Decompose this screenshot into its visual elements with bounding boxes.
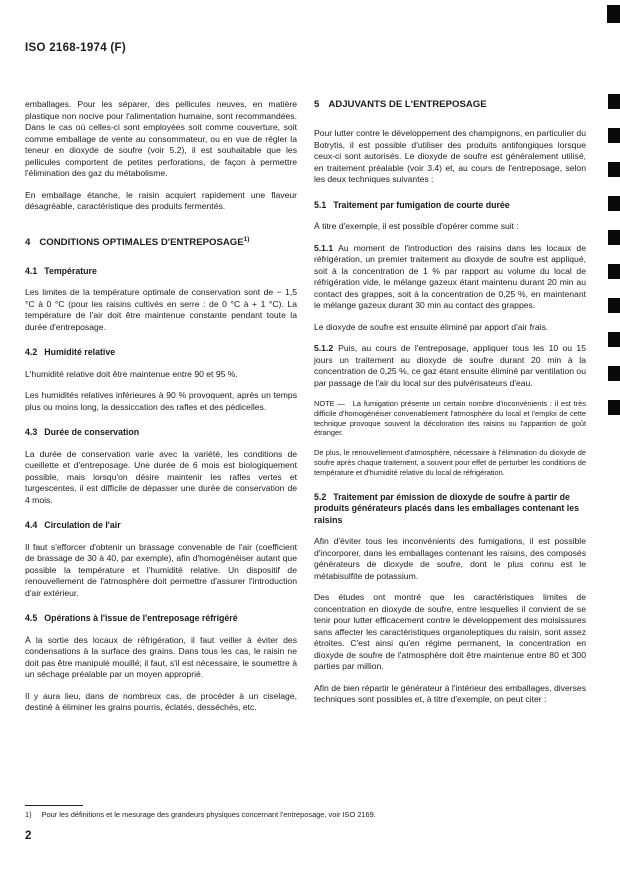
paragraph-after-cold-storage-2: Il y aura lieu, dans de nombreux cas, de… [25, 691, 297, 714]
page-number: 2 [25, 830, 31, 842]
note-label: NOTE — [314, 399, 345, 408]
paragraph-fumigation-intro: À titre d'exemple, il est possible d'opé… [314, 221, 586, 233]
footnote-marker: 1) [25, 810, 32, 819]
paragraph-generator-compounds: Afin d'éviter tous les inconvénients des… [314, 536, 586, 582]
paragraph-airtight-packaging: En emballage étanche, le raisin acquiert… [25, 190, 297, 213]
paragraph-so2-concentration-limits: Des études ont montré que les caractéris… [314, 592, 586, 673]
clause-5-1-2-number: 5.1.2 [314, 343, 333, 353]
right-column: 5ADJUVANTS DE L'ENTREPOSAGE Pour lutter … [314, 99, 586, 716]
paragraph-section5-intro: Pour lutter contre le développement des … [314, 128, 586, 186]
paragraph-humidity-1: L'humidité relative doit être maintenue … [25, 369, 297, 381]
section-4-footnote-ref: 1) [244, 235, 250, 242]
registration-mark [608, 196, 620, 211]
registration-mark [608, 162, 620, 177]
section-4-number: 4 [25, 237, 30, 248]
registration-mark [608, 400, 620, 415]
registration-marks [606, 0, 620, 876]
paragraph-packaging-continued: emballages. Pour les séparer, des pellic… [25, 99, 297, 180]
document-page: ISO 2168-1974 (F) emballages. Pour les s… [0, 0, 620, 876]
section-4-heading: 4CONDITIONS OPTIMALES D'ENTREPOSAGE1) [25, 237, 297, 249]
footnote: 1)Pour les définitions et le mesurage de… [25, 810, 590, 820]
registration-mark [608, 366, 620, 381]
section-4-title: CONDITIONS OPTIMALES D'ENTREPOSAGE [39, 237, 243, 248]
paragraph-so2-removed: Le dioxyde de soufre est ensuite éliminé… [314, 322, 586, 334]
paragraph-after-cold-storage-1: À la sortie des locaux de réfrigération,… [25, 635, 297, 681]
footnote-text: Pour les définitions et le mesurage des … [42, 810, 376, 819]
paragraph-humidity-2: Les humidités relatives inférieures à 90… [25, 390, 297, 413]
paragraph-air-circulation: Il faut s'efforcer d'obtenir un brassage… [25, 542, 297, 600]
section-5-heading: 5ADJUVANTS DE L'ENTREPOSAGE [314, 99, 586, 111]
registration-mark [608, 332, 620, 347]
paragraph-5-1-1: 5.1.1Au moment de l'introduction des rai… [314, 243, 586, 312]
document-reference-header: ISO 2168-1974 (F) [25, 42, 126, 54]
note-paragraph-2: De plus, le renouvellement d'atmosphère,… [314, 448, 586, 477]
registration-mark [608, 230, 620, 245]
note-paragraph-1: NOTE —La fumigation présente un certain … [314, 399, 586, 438]
section-4-1-heading: 4.1Température [25, 266, 297, 278]
clause-5-1-1-number: 5.1.1 [314, 243, 333, 253]
registration-mark [608, 94, 620, 109]
section-5-1-heading: 5.1Traitement par fumigation de courte d… [314, 200, 586, 212]
registration-mark [607, 5, 620, 23]
paragraph-storage-duration: La durée de conservation varie avec la v… [25, 449, 297, 507]
registration-mark [608, 264, 620, 279]
left-column: emballages. Pour les séparer, des pellic… [25, 99, 297, 724]
section-4-2-heading: 4.2Humidité relative [25, 347, 297, 359]
section-4-4-heading: 4.4Circulation de l'air [25, 520, 297, 532]
paragraph-generator-distribution: Afin de bien répartir le générateur à l'… [314, 683, 586, 706]
section-4-5-heading: 4.5Opérations à l'issue de l'entreposage… [25, 613, 297, 625]
registration-mark [608, 128, 620, 143]
section-4-3-heading: 4.3Durée de conservation [25, 427, 297, 439]
section-5-2-heading: 5.2Traitement par émission de dioxyde de… [314, 492, 586, 527]
footnote-rule [25, 805, 83, 806]
paragraph-5-1-2: 5.1.2Puis, au cours de l'entreposage, ap… [314, 343, 586, 389]
paragraph-temperature: Les limites de la température optimale d… [25, 287, 297, 333]
registration-mark [608, 298, 620, 313]
